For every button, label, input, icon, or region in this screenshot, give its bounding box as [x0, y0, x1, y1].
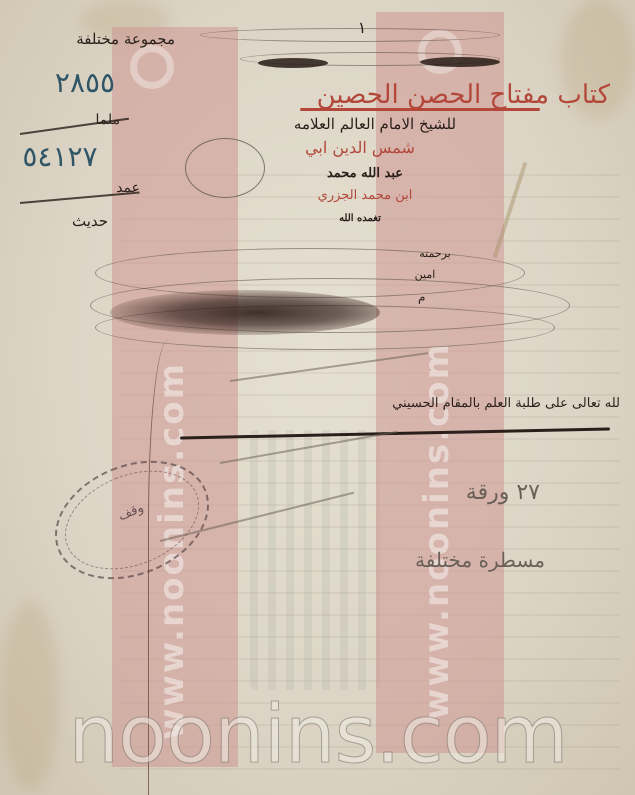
manuscript-page: www.noonins.com www.noonins.com ١ كتاب م…: [0, 0, 635, 795]
author-line-3: عبد الله محمد: [300, 166, 430, 181]
show-through-ornament: [250, 430, 380, 690]
pencil-circle: [185, 138, 265, 198]
watermark-bottom: noonins.com: [18, 695, 618, 775]
top-scribble: [200, 28, 500, 42]
title-underline: [300, 108, 540, 111]
folio-count-note: ٢٧ ورقة: [380, 480, 540, 505]
author-line-5: تغمده الله: [310, 213, 410, 224]
ink-blot: [258, 58, 328, 68]
author-line-4: ابن محمد الجزري: [300, 188, 430, 203]
collection-note: مجموعة مختلفة: [15, 30, 175, 48]
catalog-number: ٢٨٥٥: [35, 66, 135, 99]
ink-blot: [420, 57, 500, 67]
author-line-2: شمس الدين ابي: [290, 138, 430, 157]
author-line-1: للشيخ الامام العالم العلامه: [285, 115, 465, 133]
subject-note: حديث: [55, 212, 125, 230]
waqf-inscription: لله تعالى على طلبة العلم بالمقام الحسيني: [290, 396, 620, 411]
note-mim: م: [418, 290, 425, 304]
ruler-note: مسطرة مختلفة: [395, 548, 545, 572]
note-amen: امين: [405, 268, 445, 281]
ink-blot-erasure: [110, 290, 380, 335]
book-title: كتاب مفتاح الحصن الحصين: [160, 80, 610, 110]
page-number: ١: [352, 18, 372, 37]
note-mercy: برحمته: [405, 247, 465, 260]
inventory-number: ٥٤١٢٧: [5, 140, 115, 173]
